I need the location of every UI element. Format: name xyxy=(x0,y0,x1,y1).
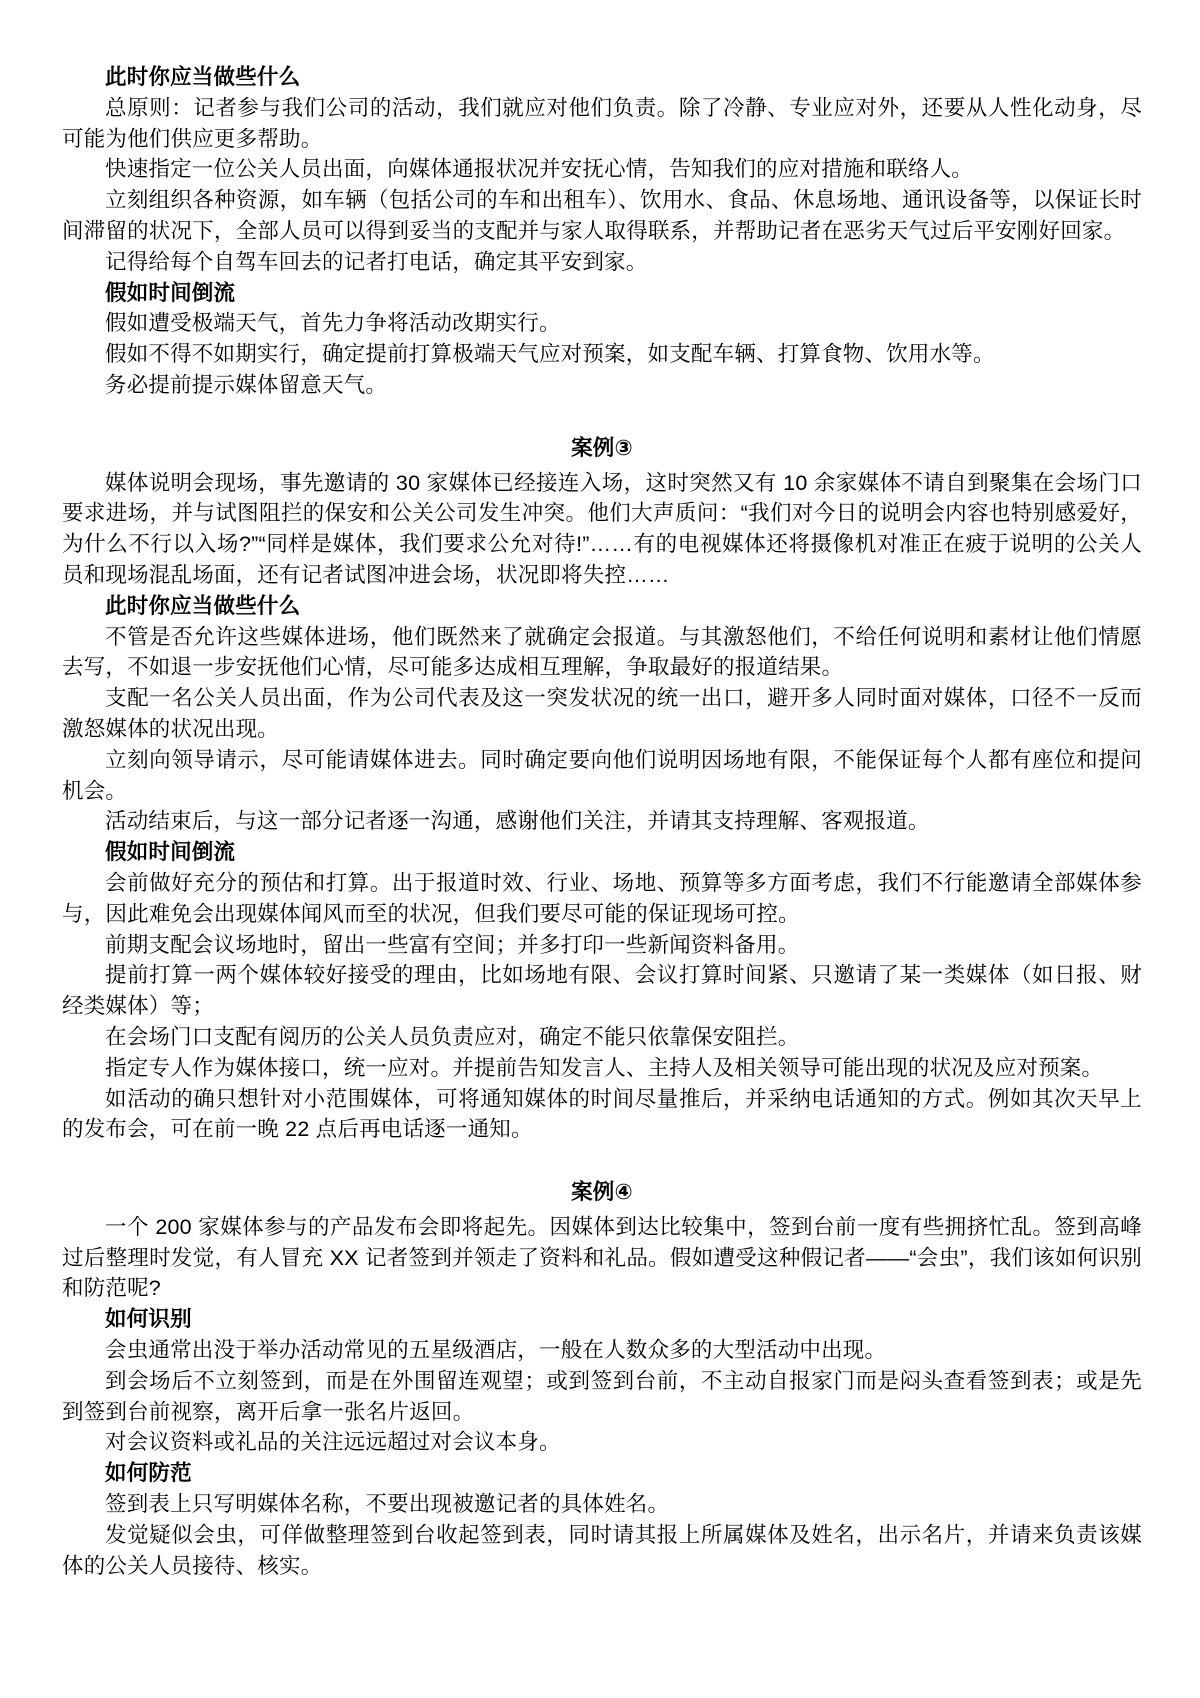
paragraph: 到会场后不立刻签到，而是在外围留连观望；或到签到台前，不主动自报家门而是闷头查看… xyxy=(62,1366,1142,1428)
paragraph: 不管是否允许这些媒体进场，他们既然来了就确定会报道。与其激怒他们，不给任何说明和… xyxy=(62,622,1142,684)
paragraph: 记得给每个自驾车回去的记者打电话，确定其平安到家。 xyxy=(62,247,1142,278)
paragraph: 对会议资料或礼品的关注远远超过对会议本身。 xyxy=(62,1427,1142,1458)
paragraph: 快速指定一位公关人员出面，向媒体通报状况并安抚心情，告知我们的应对措施和联络人。 xyxy=(62,154,1142,185)
section-heading: 假如时间倒流 xyxy=(62,837,1142,868)
paragraph: 务必提前提示媒体留意天气。 xyxy=(62,370,1142,401)
paragraph: 支配一名公关人员出面，作为公司代表及这一突发状况的统一出口，避开多人同时面对媒体… xyxy=(62,683,1142,745)
case-title-4: 案例④ xyxy=(62,1177,1142,1208)
document-page: 此时你应当做些什么 总原则：记者参与我们公司的活动，我们就应对他们负责。除了冷静… xyxy=(0,0,1200,1698)
paragraph: 前期支配会议场地时，留出一些富有空间；并多打印一些新闻资料备用。 xyxy=(62,930,1142,961)
section-heading: 如何识别 xyxy=(62,1304,1142,1335)
section-heading: 此时你应当做些什么 xyxy=(62,62,1142,93)
section-heading: 如何防范 xyxy=(62,1458,1142,1489)
case-title-3: 案例③ xyxy=(62,433,1142,464)
paragraph: 发觉疑似会虫，可佯做整理签到台收起签到表，同时请其报上所属媒体及姓名，出示名片，… xyxy=(62,1520,1142,1582)
paragraph: 指定专人作为媒体接口，统一应对。并提前告知发言人、主持人及相关领导可能出现的状况… xyxy=(62,1053,1142,1084)
paragraph: 签到表上只写明媒体名称，不要出现被邀记者的具体姓名。 xyxy=(62,1489,1142,1520)
paragraph: 提前打算一两个媒体较好接受的理由，比如场地有限、会议打算时间紧、只邀请了某一类媒… xyxy=(62,960,1142,1022)
paragraph: 会前做好充分的预估和打算。出于报道时效、行业、场地、预算等多方面考虑，我们不行能… xyxy=(62,868,1142,930)
paragraph: 在会场门口支配有阅历的公关人员负责应对，确定不能只依靠保安阻拦。 xyxy=(62,1022,1142,1053)
section-heading: 此时你应当做些什么 xyxy=(62,591,1142,622)
paragraph: 媒体说明会现场，事先邀请的 30 家媒体已经接连入场，这时突然又有 10 余家媒… xyxy=(62,468,1142,591)
paragraph: 立刻组织各种资源，如车辆（包括公司的车和出租车）、饮用水、食品、休息场地、通讯设… xyxy=(62,185,1142,247)
paragraph: 假如不得不如期实行，确定提前打算极端天气应对预案，如支配车辆、打算食物、饮用水等… xyxy=(62,339,1142,370)
paragraph: 活动结束后，与这一部分记者逐一沟通，感谢他们关注，并请其支持理解、客观报道。 xyxy=(62,806,1142,837)
paragraph: 如活动的确只想针对小范围媒体，可将通知媒体的时间尽量推后，并采纳电话通知的方式。… xyxy=(62,1084,1142,1146)
paragraph: 会虫通常出没于举办活动常见的五星级酒店，一般在人数众多的大型活动中出现。 xyxy=(62,1335,1142,1366)
paragraph: 假如遭受极端天气，首先力争将活动改期实行。 xyxy=(62,308,1142,339)
paragraph: 立刻向领导请示，尽可能请媒体进去。同时确定要向他们说明因场地有限，不能保证每个人… xyxy=(62,745,1142,807)
section-heading: 假如时间倒流 xyxy=(62,278,1142,309)
paragraph: 总原则：记者参与我们公司的活动，我们就应对他们负责。除了冷静、专业应对外，还要从… xyxy=(62,93,1142,155)
paragraph: 一个 200 家媒体参与的产品发布会即将起先。因媒体到达比较集中，签到台前一度有… xyxy=(62,1212,1142,1304)
